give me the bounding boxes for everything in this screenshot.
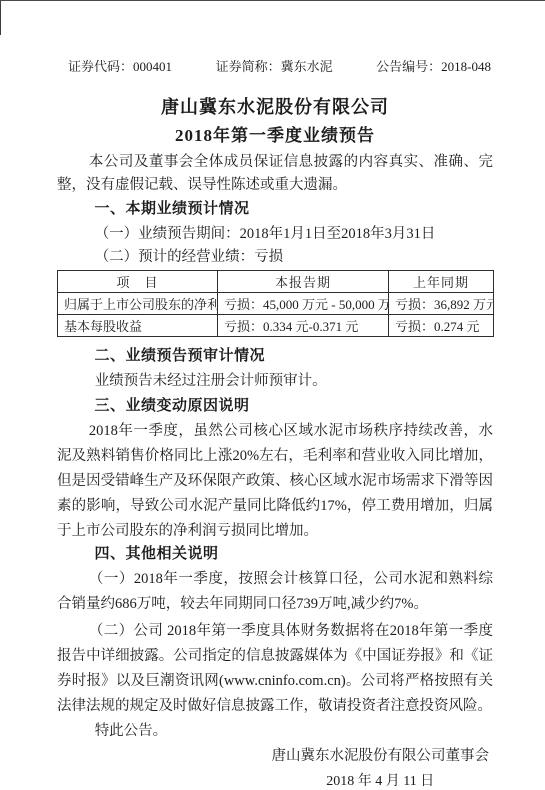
- document-subtitle: 2018年第一季度业绩预告: [57, 124, 493, 147]
- net-profit-prior: 亏损：36,892 万元: [389, 293, 494, 315]
- performance-table: 项 目 本报告期 上年同期 归属于上市公司股东的净利润 亏损：45,000 万元…: [57, 270, 494, 337]
- disclaimer-paragraph: 本公司及董事会全体成员保证信息披露的内容真实、准确、完整，没有虚假记载、误导性陈…: [57, 151, 493, 197]
- company-title: 唐山冀东水泥股份有限公司: [57, 95, 493, 119]
- section1-heading: 一、本期业绩预计情况: [57, 199, 493, 220]
- stock-code: 证券代码：000401: [68, 58, 172, 75]
- document-header: 证券代码：000401 证券简称：冀东水泥 公告编号：2018-048: [57, 58, 493, 75]
- eps-label: 基本每股收益: [58, 315, 218, 337]
- net-profit-current: 亏损：45,000 万元 - 50,000 万元: [218, 293, 389, 315]
- table-row: 归属于上市公司股东的净利润 亏损：45,000 万元 - 50,000 万元 亏…: [58, 293, 494, 315]
- eps-prior: 亏损：0.274 元: [389, 315, 494, 337]
- board-signature: 唐山冀东水泥股份有限公司董事会: [272, 743, 490, 769]
- section4-item1: （一）2018年一季度，按照会计核算口径，公司水泥和熟料综合销量约686万吨，较…: [57, 567, 493, 617]
- table-header-prior-period: 上年同期: [389, 271, 494, 293]
- table-header-item: 项 目: [58, 271, 218, 293]
- section2-heading: 二、业绩预告预审计情况: [57, 346, 493, 367]
- section1-item2: （二）预计的经营业绩：亏损: [57, 246, 493, 268]
- net-profit-label: 归属于上市公司股东的净利润: [58, 293, 218, 315]
- section2-body: 业绩预告未经过注册会计师预审计。: [57, 370, 493, 392]
- announcement-number: 公告编号：2018-048: [376, 58, 491, 75]
- table-header-row: 项 目 本报告期 上年同期: [58, 271, 494, 293]
- section1-item1: （一）业绩预告期间：2018年1月1日至2018年3月31日: [57, 223, 493, 245]
- table-row: 基本每股收益 亏损：0.334 元-0.371 元 亏损：0.274 元: [58, 315, 494, 337]
- announcement-document: 证券代码：000401 证券简称：冀东水泥 公告编号：2018-048 唐山冀东…: [0, 0, 545, 790]
- eps-current: 亏损：0.334 元-0.371 元: [218, 315, 389, 337]
- closing-statement: 特此公告。: [57, 719, 493, 743]
- stock-short-name: 证券简称：冀东水泥: [216, 58, 333, 75]
- announcement-date: 2018 年 4 月 11 日: [272, 769, 490, 790]
- signature-block: 唐山冀东水泥股份有限公司董事会 2018 年 4 月 11 日: [57, 743, 493, 790]
- section3-body: 2018年一季度，虽然公司核心区域水泥市场秩序持续改善，水泥及熟料销售价格同比上…: [57, 419, 493, 544]
- signature-inner: 唐山冀东水泥股份有限公司董事会 2018 年 4 月 11 日: [272, 743, 490, 790]
- section4-item2: （二）公司 2018年第一季度具体财务数据将在2018年第一季度报告中详细披露。…: [57, 619, 493, 719]
- table-header-current-period: 本报告期: [218, 271, 389, 293]
- section3-heading: 三、业绩变动原因说明: [57, 396, 493, 417]
- section4-heading: 四、其他相关说明: [57, 544, 493, 565]
